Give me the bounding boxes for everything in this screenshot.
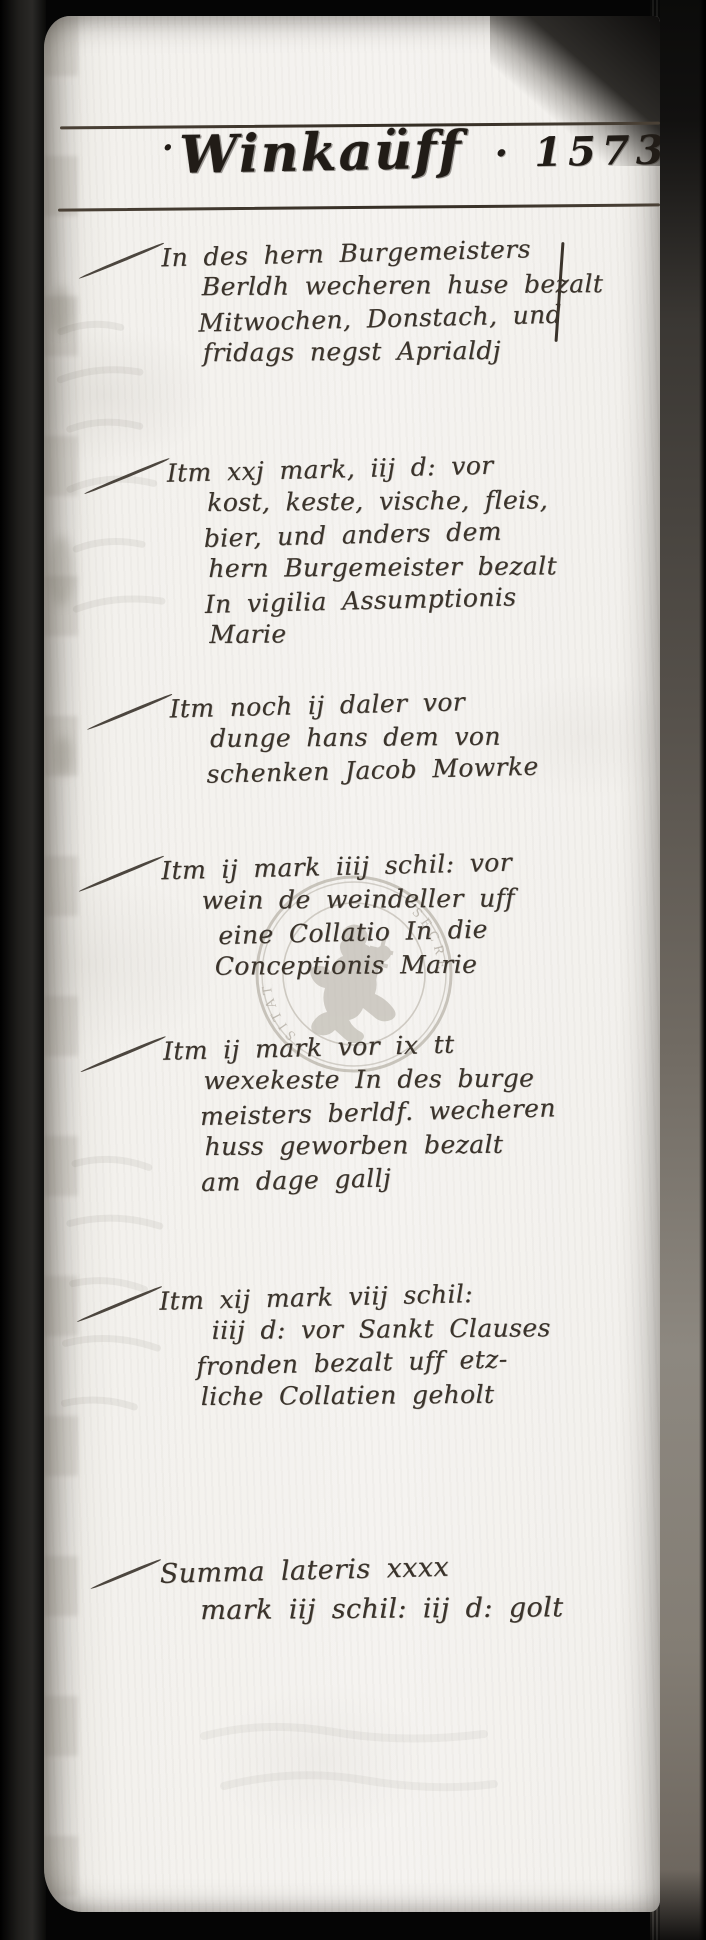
paper-blotch [54, 736, 72, 776]
account-entry-4: Itm ij mark iiij schil: vorwein de weind… [161, 847, 514, 984]
heading-year: · 1573 · [494, 126, 660, 177]
account-entry-5: Itm ij mark vor ix ttwexekeste In des bu… [163, 1027, 557, 1198]
manuscript-text-line: dunge hans dem von [210, 719, 542, 755]
manuscript-text-line: wein de weindeller uff [202, 881, 517, 916]
manuscript-text-line: schenken Jacob Mowrke [206, 750, 539, 791]
manuscript-text-line: bier, und anders dem [203, 513, 552, 555]
account-entry-3: Itm noch ij daler vordunge hans dem vons… [169, 685, 539, 790]
account-entry-6: Itm xij mark viij schil:iiij d: vor Sank… [159, 1277, 548, 1415]
manuscript-text-line: eine Collatio In die [218, 912, 514, 952]
manuscript-text-line: Marie [209, 615, 558, 651]
book-gutter-edge [0, 0, 46, 1940]
manuscript-text-line: Conceptionis Marie [215, 947, 518, 982]
page-heading: · Winkaüff · 1573 · [161, 115, 660, 186]
manuscript-text-line: fridags negst Aprialdj [203, 333, 605, 369]
manuscript-text-line: am dage gallj [201, 1157, 558, 1199]
manuscript-page: SECRE SITAT · Winkaüff · 1573 · In des h… [44, 16, 660, 1912]
account-entry-1: In des hern BurgemeistersBerldh wecheren… [161, 233, 601, 372]
manuscript-text-line: Summa lateris xxxx [159, 1545, 559, 1595]
account-entry-2: Itm xxj mark, iij d: vorkost, keste, vis… [166, 449, 554, 653]
ruled-line-under-heading [58, 203, 660, 211]
manuscript-text-line: In vigilia Assumptionis [204, 579, 553, 621]
book-photo-background: SECRE SITAT · Winkaüff · 1573 · In des h… [0, 0, 706, 1940]
summary-line: Summa lateris xxxxmark iij schil: iij d:… [159, 1547, 559, 1633]
manuscript-text-line: mark iij schil: iij d: golt [200, 1588, 563, 1631]
bleed-through-writing [194, 1706, 534, 1830]
heading-title: Winkaüff [179, 119, 463, 185]
manuscript-text-line: liche Collatien geholt [201, 1377, 552, 1413]
heading-decor-mark: · [162, 128, 175, 168]
